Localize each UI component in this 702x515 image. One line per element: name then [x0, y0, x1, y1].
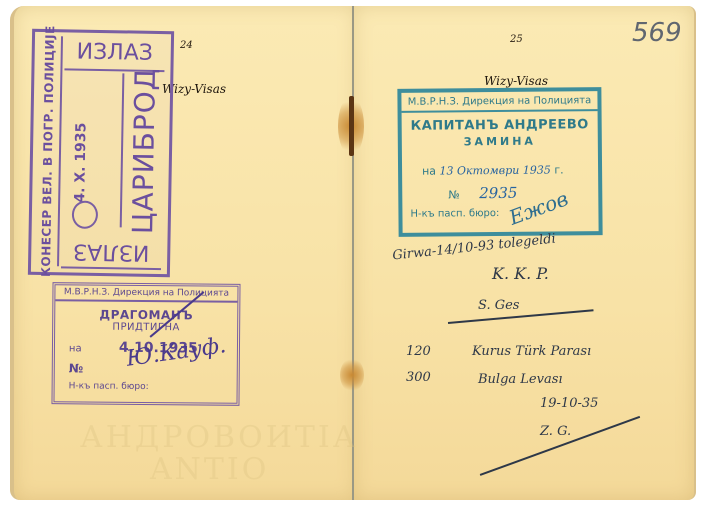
rust-stain: [340, 358, 364, 392]
stamp-authority: КОНЕСЕР ВЕЛ. В ПОГР. ПОЛИЦИЈЕ: [39, 25, 57, 277]
stamp-exit-label-inverted: ИЗЛАЗ: [61, 234, 162, 270]
number-label: №: [69, 361, 84, 375]
number-label: №: [448, 188, 460, 201]
page-number-right: 25: [510, 34, 523, 45]
archive-number: 569: [632, 18, 682, 48]
currency-amount: 300: [406, 370, 431, 385]
currency-amount: 120: [406, 344, 431, 359]
currency-text: Bulga Levası: [478, 372, 563, 387]
stamp-action: ПРИДТИГНА: [55, 321, 237, 334]
office-label: Н-къ пасп. бюро:: [69, 381, 149, 392]
stamp-header: М.В.Р.Н.З. Дирекция на Полицията: [55, 287, 237, 303]
stamp-city: ЦАРИБРОД: [126, 67, 162, 234]
stamp-date: 4. X. 1935: [72, 123, 89, 203]
date-label: на: [69, 343, 82, 354]
exit-stamp-tsaribrod: КОНЕСЕР ВЕЛ. В ПОГР. ПОЛИЦИЈЕ ИЗЛАЗ 4. X…: [28, 29, 174, 277]
stamp-location: КАПИТАНЪ АНДРЕЕВО: [402, 117, 598, 134]
handwritten-note: K. K. P.: [492, 264, 549, 283]
office-label: Н-къ пасп. бюро:: [410, 208, 499, 220]
stamp-date: 13 Октомври 1935: [439, 164, 550, 178]
page-number-left: 24: [180, 40, 193, 51]
exit-stamp-kapitan-andreevo: М.В.Р.Н.З. Дирекция на Полицията КАПИТАН…: [397, 87, 602, 237]
watermark-line: ΑΝΤΙΟ: [150, 452, 269, 487]
stamp-header: М.В.Р.Н.З. Дирекция на Полицията: [401, 95, 597, 113]
crest-icon: [72, 201, 98, 229]
visas-header-right: Wizy-Visas: [484, 74, 548, 88]
stamp-action: ЗАМИНА: [402, 134, 598, 149]
stamp-number: 2935: [479, 184, 517, 202]
initials: Z. G.: [540, 424, 571, 439]
date-label: на: [422, 165, 436, 178]
watermark-line: АНДРОВОИТІА: [80, 420, 358, 455]
date-note: 19-10-35: [540, 396, 598, 411]
staple: [349, 96, 354, 156]
currency-text: Kurus Türk Parası: [472, 344, 591, 359]
handwritten-note: S. Ges: [478, 298, 519, 313]
year-suffix: г.: [554, 163, 563, 176]
